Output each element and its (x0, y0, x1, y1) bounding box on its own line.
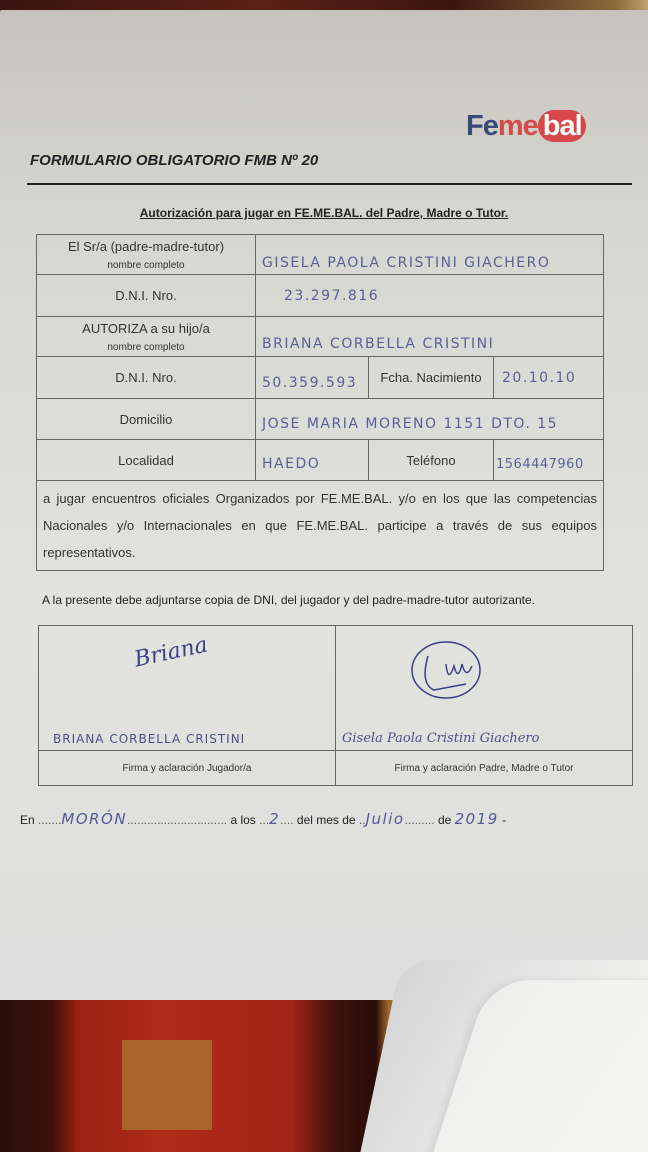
en-label: En (20, 813, 35, 827)
parent-name-value: GISELA PAOLA CRISTINI GIACHERO (262, 255, 550, 271)
logo-text-me: me (498, 110, 538, 142)
child-dni-field[interactable]: 50.359.593 (256, 357, 369, 399)
femebal-logo: Femebal (466, 110, 586, 143)
address-row: Domicilio JOSE MARIA MORENO 1151 DTO. 15 (37, 399, 604, 440)
attachment-note: A la presente debe adjuntarse copia de D… (42, 593, 535, 607)
child-name-value: BRIANA CORBELLA CRISTINI (262, 336, 494, 352)
parent-dni-row: D.N.I. Nro. 23.297.816 (37, 275, 604, 317)
birth-date-field[interactable]: 20.10.10 (494, 357, 604, 399)
player-signature-caption: Firma y aclaración Jugador/a (39, 751, 336, 786)
parent-dni-label: D.N.I. Nro. (37, 275, 256, 317)
child-sublabel: nombre completo (43, 342, 249, 353)
authorization-paragraph-row: a jugar encuentros oficiales Organizados… (37, 481, 604, 571)
form-subtitle: Autorización para jugar en FE.ME.BAL. de… (0, 206, 648, 220)
child-dni-value: 50.359.593 (262, 375, 357, 391)
place-value[interactable]: MORÓN (61, 810, 127, 828)
date-place-line: En .......MORÓN.........................… (20, 810, 506, 828)
birth-date-label: Fcha. Nacimiento (369, 357, 494, 399)
a-los-label: a los (230, 813, 255, 827)
parent-dni-field[interactable]: 23.297.816 (256, 275, 604, 317)
locality-field[interactable]: HAEDO (256, 440, 369, 481)
signature-table: Briana BRIANA CORBELLA CRISTINI Gisela P… (38, 625, 633, 786)
parent-dni-value: 23.297.816 (284, 288, 379, 304)
player-printed-name: BRIANA CORBELLA CRISTINI (53, 732, 245, 746)
address-field[interactable]: JOSE MARIA MORENO 1151 DTO. 15 (256, 399, 604, 440)
parent-signature-mark (376, 634, 496, 714)
authorization-table: El Sr/a (padre-madre-tutor) nombre compl… (36, 234, 604, 571)
phone-label: Teléfono (369, 440, 494, 481)
address-value: JOSE MARIA MORENO 1151 DTO. 15 (262, 416, 558, 432)
parent-label-cell: El Sr/a (padre-madre-tutor) nombre compl… (37, 235, 256, 275)
locality-value: HAEDO (262, 456, 320, 472)
header-divider (27, 183, 632, 185)
authorization-paragraph: a jugar encuentros oficiales Organizados… (37, 481, 604, 571)
parent-signature-box[interactable]: Gisela Paola Cristini Giachero (336, 626, 633, 751)
player-signature-box[interactable]: Briana BRIANA CORBELLA CRISTINI (39, 626, 336, 751)
parent-name-row: El Sr/a (padre-madre-tutor) nombre compl… (37, 235, 604, 275)
date-trail: - (502, 813, 506, 827)
locality-row: Localidad HAEDO Teléfono 1564447960 (37, 440, 604, 481)
de-label: de (438, 813, 451, 827)
year-value[interactable]: 2019 (455, 810, 499, 828)
player-signature: Briana (132, 633, 210, 673)
logo-text-bal: bal (538, 110, 586, 142)
form-title: FORMULARIO OBLIGATORIO FMB Nº 20 (30, 152, 318, 169)
phone-field[interactable]: 1564447960 (494, 440, 604, 481)
parent-sublabel: nombre completo (43, 260, 249, 271)
mes-label: del mes de (297, 813, 356, 827)
logo-text-fe: Fe (466, 110, 498, 142)
parent-name-field[interactable]: GISELA PAOLA CRISTINI GIACHERO (256, 235, 604, 275)
locality-label: Localidad (37, 440, 256, 481)
child-label-cell: AUTORIZA a su hijo/a nombre completo (37, 317, 256, 357)
rug-pattern-patch (122, 1040, 212, 1130)
parent-signature-caption: Firma y aclaración Padre, Madre o Tutor (336, 751, 633, 786)
child-dni-row: D.N.I. Nro. 50.359.593 Fcha. Nacimiento … (37, 357, 604, 399)
child-dni-label: D.N.I. Nro. (37, 357, 256, 399)
child-name-field[interactable]: BRIANA CORBELLA CRISTINI (256, 317, 604, 357)
phone-value: 1564447960 (496, 457, 584, 472)
parent-label: El Sr/a (padre-madre-tutor) (68, 239, 224, 254)
day-value[interactable]: 2 (269, 810, 280, 828)
month-value[interactable]: Julio (366, 810, 405, 828)
birth-date-value: 20.10.10 (502, 370, 576, 386)
address-label: Domicilio (37, 399, 256, 440)
child-label: AUTORIZA a su hijo/a (82, 321, 210, 336)
child-name-row: AUTORIZA a su hijo/a nombre completo BRI… (37, 317, 604, 357)
parent-printed-name: Gisela Paola Cristini Giachero (342, 731, 539, 746)
